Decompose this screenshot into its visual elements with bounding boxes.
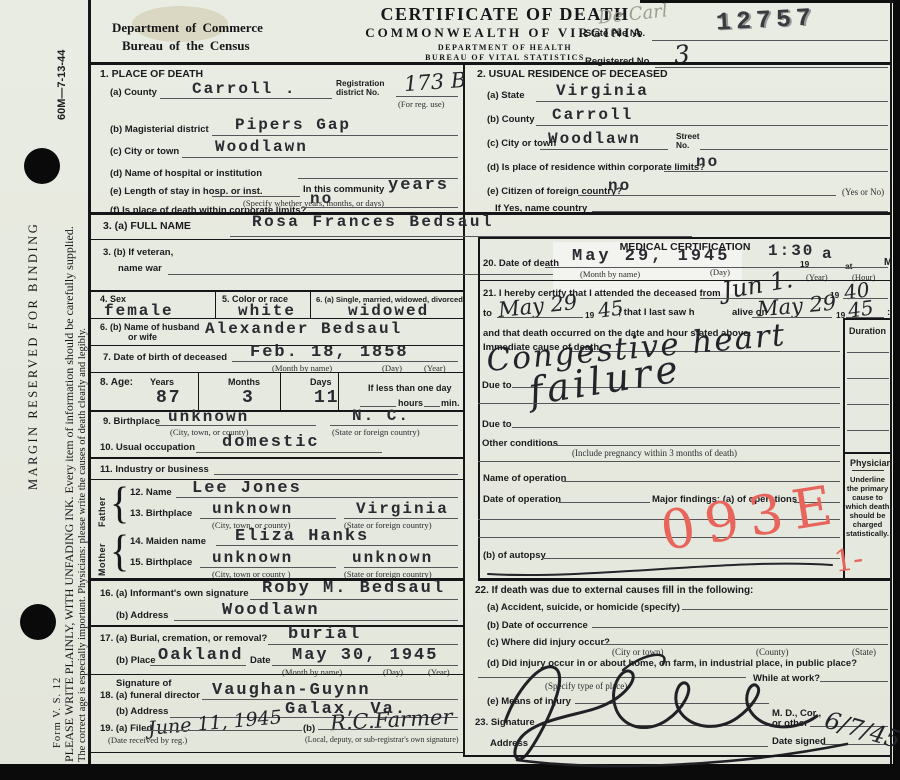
- s17-date-line: [272, 665, 458, 666]
- s2-corporate-value: no: [696, 153, 719, 171]
- duration-top-border: [843, 318, 891, 320]
- father-name-line: [176, 497, 458, 498]
- other-label: Other conditions: [482, 438, 558, 449]
- margin-print-code: 60M—7-13-44: [56, 50, 68, 120]
- s17-place-line: [150, 665, 246, 666]
- row16-bottom-rule: [88, 625, 463, 627]
- punch-hole-bottom: [20, 604, 56, 640]
- s2-street-label2: No.: [676, 140, 689, 150]
- father-name-value: Lee Jones: [192, 479, 302, 498]
- s2-county-line: [536, 125, 888, 126]
- s1-corporate-value: no: [310, 190, 333, 208]
- row8-divider1: [198, 372, 199, 410]
- s10-label: 10. Usual occupation: [100, 442, 195, 453]
- pen-flourish: [480, 556, 842, 580]
- form-left-border: [88, 0, 91, 764]
- cause-mid-line: [478, 403, 840, 404]
- s17-place-value: Oakland: [158, 646, 243, 665]
- s16-b-line: [174, 620, 458, 621]
- duration-bottom-border: [843, 452, 891, 454]
- father-bpcity-value: unknown: [212, 500, 293, 518]
- row20-bottom-rule: [478, 280, 891, 281]
- father-bpstate-line: [344, 518, 458, 519]
- s1-regdist-line: [396, 96, 458, 97]
- s2-county-value: Carroll: [552, 106, 633, 124]
- s10-line: [196, 452, 382, 453]
- scan-edge-right: [893, 0, 900, 780]
- s2-street-line: [700, 149, 888, 150]
- s16-b-value: Woodlawn: [222, 601, 320, 620]
- mother-brace: {: [110, 524, 129, 577]
- other-note: (Include pregnancy within 3 months of de…: [572, 448, 737, 458]
- header-bottom-rule: [88, 62, 891, 65]
- s1-hospital-label: (d) Name of hospital or institution: [110, 168, 262, 179]
- s17-note1: (Month by name): [282, 667, 342, 677]
- father-brace: {: [110, 476, 129, 529]
- s17-a-line: [268, 644, 458, 645]
- s2-city-value: Woodlawn: [548, 130, 641, 148]
- medbox-left-border: [478, 237, 480, 578]
- row456-bottom-rule: [88, 318, 463, 319]
- father-side-label: Father: [97, 496, 107, 527]
- duration-left-border: [843, 318, 845, 578]
- s22-title: 22. If death was due to external causes …: [475, 585, 753, 596]
- father-bpcity-line: [200, 518, 336, 519]
- red-mark: 1-: [832, 541, 866, 580]
- s1-city-label: (c) City or town: [110, 146, 179, 157]
- s22-b-label: (b) Date of occurrence: [487, 620, 588, 631]
- post-other-line: [478, 461, 840, 462]
- row456-divider2: [310, 290, 311, 318]
- s16-a-label: 16. (a) Informant's own signature: [100, 588, 248, 599]
- column-divider: [463, 62, 465, 755]
- s21-colon: :: [887, 307, 890, 318]
- s1-county-value: Carroll .: [192, 80, 296, 98]
- physician-note: Underline the primary cause to which dea…: [844, 475, 891, 538]
- s7-value: Feb. 18, 1858: [250, 343, 409, 362]
- s8-lessthan-label: If less than one day: [368, 383, 452, 393]
- rightcol-bottom-rule: [463, 755, 891, 757]
- s10-value: domestic: [222, 433, 320, 452]
- s2-foreign-line: [578, 195, 836, 196]
- s17-a-label: 17. (a) Burial, cremation, or removal?: [100, 633, 267, 644]
- s22-c-line: [602, 644, 888, 645]
- row17-bottom-rule: [88, 674, 463, 675]
- s1-regdist-note: (For reg. use): [398, 99, 445, 109]
- duration-line3: [847, 404, 889, 405]
- s8-years-value: 87: [156, 388, 182, 408]
- physician-divider: [852, 470, 884, 471]
- s2-corporate-line: [664, 171, 888, 172]
- s19-a-label: 19. (a) Filed: [100, 723, 152, 734]
- s9-state-value: N. C.: [352, 407, 410, 425]
- s3-veteran-label2: name war: [118, 263, 162, 274]
- s17-date-label: Date: [250, 655, 271, 666]
- state-file-number-stamp: 12757: [715, 3, 816, 37]
- duration-line2: [847, 378, 889, 379]
- s9-label: 9. Birthplace: [103, 416, 160, 427]
- s19-b-line: [318, 729, 458, 730]
- s1-stay-value: years: [388, 176, 449, 195]
- mother-bpcity-value: unknown: [212, 549, 293, 567]
- s3-veteran-label1: 3. (b) If veteran,: [103, 247, 173, 258]
- margin-binding-note: MARGIN RESERVED FOR BINDING: [26, 222, 41, 490]
- s2-state-line: [536, 101, 888, 102]
- medbox-top-border: [478, 237, 891, 239]
- death-certificate-scan: 60M—7-13-44 MARGIN RESERVED FOR BINDING …: [0, 0, 900, 780]
- s1-magisterial-line: [212, 135, 458, 136]
- due1-label: Due to: [482, 380, 512, 391]
- s20-note1: (Month by name): [580, 269, 640, 279]
- row3b-bottom-rule: [88, 290, 463, 292]
- mother-name-value: Eliza Hanks: [235, 527, 369, 546]
- s17-a-value: burial: [288, 625, 361, 644]
- s19-filed-line: [142, 730, 302, 731]
- s21-to-line: [497, 317, 583, 318]
- mother-bpstate-line: [344, 567, 458, 568]
- s3-veteran-line: [168, 274, 553, 275]
- s19-b-label: (b): [303, 723, 315, 734]
- s21-saw-label: ; that I last saw h: [618, 307, 695, 318]
- mother-name-label: 14. Maiden name: [130, 536, 206, 547]
- mother-bpcity-line: [200, 567, 336, 568]
- s1-title: 1. PLACE OF DEATH: [100, 68, 203, 80]
- agency-line1: Department of Commerce: [112, 20, 263, 36]
- s1-regdist-label2: district No.: [336, 87, 379, 97]
- mother-bpstate-value: unknown: [352, 549, 433, 567]
- agency-line2: Bureau of the Census: [122, 38, 250, 54]
- s1-county-label: (a) County: [110, 87, 157, 98]
- s21-to-label: to: [483, 308, 492, 319]
- s18-a-label: 18. (a) funeral director: [100, 690, 200, 701]
- s16-b-label: (b) Address: [116, 610, 168, 621]
- s8-min-label: min.: [441, 398, 460, 408]
- physician-label: Physician: [850, 458, 892, 468]
- s17-note2: (Day): [383, 667, 403, 677]
- s2-city-line: [540, 149, 668, 150]
- s22-c-label: (c) Where did injury occur?: [487, 637, 610, 648]
- s17-date-value: May 30, 1945: [292, 646, 438, 665]
- s11-label: 11. Industry or business: [100, 464, 209, 475]
- s9-state-line: [330, 425, 458, 426]
- physician-signature-scrawl: [495, 650, 865, 778]
- s6b-label2: or wife: [128, 332, 157, 342]
- father-name-label: 12. Name: [130, 487, 172, 498]
- mother-name-line: [216, 545, 458, 546]
- registered-number: 3: [673, 39, 691, 69]
- s1-stay-line: [212, 196, 300, 197]
- s18-a-value: Vaughan-Guynn: [212, 681, 371, 700]
- row8-divider2: [280, 372, 281, 410]
- row3a-bottom-rule: [88, 239, 463, 240]
- s1-magisterial-value: Pipers Gap: [235, 116, 351, 134]
- father-bpstate-value: Virginia: [356, 500, 449, 518]
- s19-a-note: (Date received by reg.): [108, 735, 187, 745]
- s16-a-value: Roby M. Bedsaul: [262, 579, 445, 598]
- s9-state-note: (State or foreign country): [332, 427, 420, 437]
- duration-line1: [847, 352, 889, 353]
- s7-line: [232, 361, 458, 362]
- s16-a-line: [250, 599, 458, 600]
- s1-county-line: [160, 98, 332, 99]
- s11-line: [214, 474, 458, 475]
- s18-pre-label: Signature of: [116, 678, 171, 689]
- duration-label: Duration: [849, 326, 886, 336]
- s20-date-value: May 29, 1945: [572, 247, 730, 266]
- father-bp-label: 13. Birthplace: [130, 508, 192, 519]
- medbox-bottom-border: [478, 578, 891, 581]
- s1-magisterial-label: (b) Magisterial district: [110, 124, 209, 135]
- punch-hole-top: [24, 148, 60, 184]
- s8-years-label: Years: [150, 377, 174, 387]
- s21-yr2: 19: [585, 310, 594, 320]
- s9-place-line: [156, 425, 316, 426]
- row456-divider1: [215, 290, 216, 318]
- op-date-line: [558, 502, 650, 503]
- mother-side-label: Mother: [97, 543, 107, 576]
- mother-bp-label: 15. Birthplace: [130, 557, 192, 568]
- leftcol-bottom-rule: [88, 752, 463, 753]
- s2-foreign-note: (Yes or No): [842, 187, 884, 197]
- s3-fullname-value: Rosa Frances Bedsaul: [252, 213, 494, 231]
- s1-city-value: Woodlawn: [215, 138, 308, 156]
- s1-city-line: [182, 157, 458, 158]
- other-line: [548, 445, 840, 446]
- s20-ampm-value: a: [822, 245, 834, 263]
- s19-b-note: (Local, deputy, or sub-registrar's own s…: [305, 735, 459, 744]
- s8-min-line: [424, 406, 440, 407]
- row7-bottom-rule: [88, 372, 463, 373]
- op-date-label: Date of operation: [483, 494, 561, 505]
- dept-of-health: DEPARTMENT OF HEALTH: [340, 43, 670, 52]
- s2-city-label: (c) City or town: [487, 138, 556, 149]
- s8-days-value: 11: [314, 388, 340, 408]
- s17-note3: (Year): [428, 667, 450, 677]
- s8-days-label: Days: [310, 377, 332, 387]
- margin-advice-caps: PLEASE WRITE PLAINLY, WITH UNFADING INK.…: [62, 226, 77, 762]
- s22-b-line: [592, 627, 888, 628]
- s8-months-label: Months: [228, 377, 260, 387]
- s6b-label1: 6. (b) Name of husband: [100, 322, 200, 332]
- due2-line: [512, 427, 840, 428]
- scan-edge-top: [640, 0, 893, 3]
- s7-label: 7. Date of birth of deceased: [103, 352, 227, 363]
- s2-county-label: (b) County: [487, 114, 535, 125]
- s6b-value: Alexander Bedsaul: [205, 320, 402, 338]
- s20-time-value: 1:30: [768, 242, 814, 260]
- s2-state-label: (a) State: [487, 90, 524, 101]
- s2-foreign-value: no: [608, 177, 631, 195]
- s20-at-label: at: [845, 261, 852, 271]
- due2-label: Due to: [482, 419, 512, 430]
- s2-state-value: Virginia: [556, 82, 649, 100]
- s8-months-value: 3: [242, 388, 255, 408]
- s1-regdist-value: 173 B: [403, 68, 467, 96]
- s22-a-label: (a) Accident, suicide, or homicide (spec…: [487, 602, 680, 613]
- duration-line4: [847, 430, 889, 431]
- s2-title: 2. USUAL RESIDENCE OF DECEASED: [477, 68, 668, 80]
- s22-a-line: [682, 609, 888, 610]
- row10-bottom-rule: [88, 457, 463, 459]
- s18-b-label: (b) Address: [116, 706, 168, 717]
- s3-fullname-label: 3. (a) FULL NAME: [103, 220, 191, 232]
- row8-divider3: [338, 372, 339, 410]
- op-name-label: Name of operation: [483, 473, 566, 484]
- margin-advice-small: The correct age is especially important.…: [77, 328, 88, 762]
- s1-corporate-line: [302, 207, 458, 208]
- form-right-border: [890, 0, 892, 764]
- s9-place-value: unknown: [168, 408, 249, 426]
- s8-label: 8. Age:: [100, 377, 133, 388]
- state-file-label: State File No.: [585, 28, 645, 39]
